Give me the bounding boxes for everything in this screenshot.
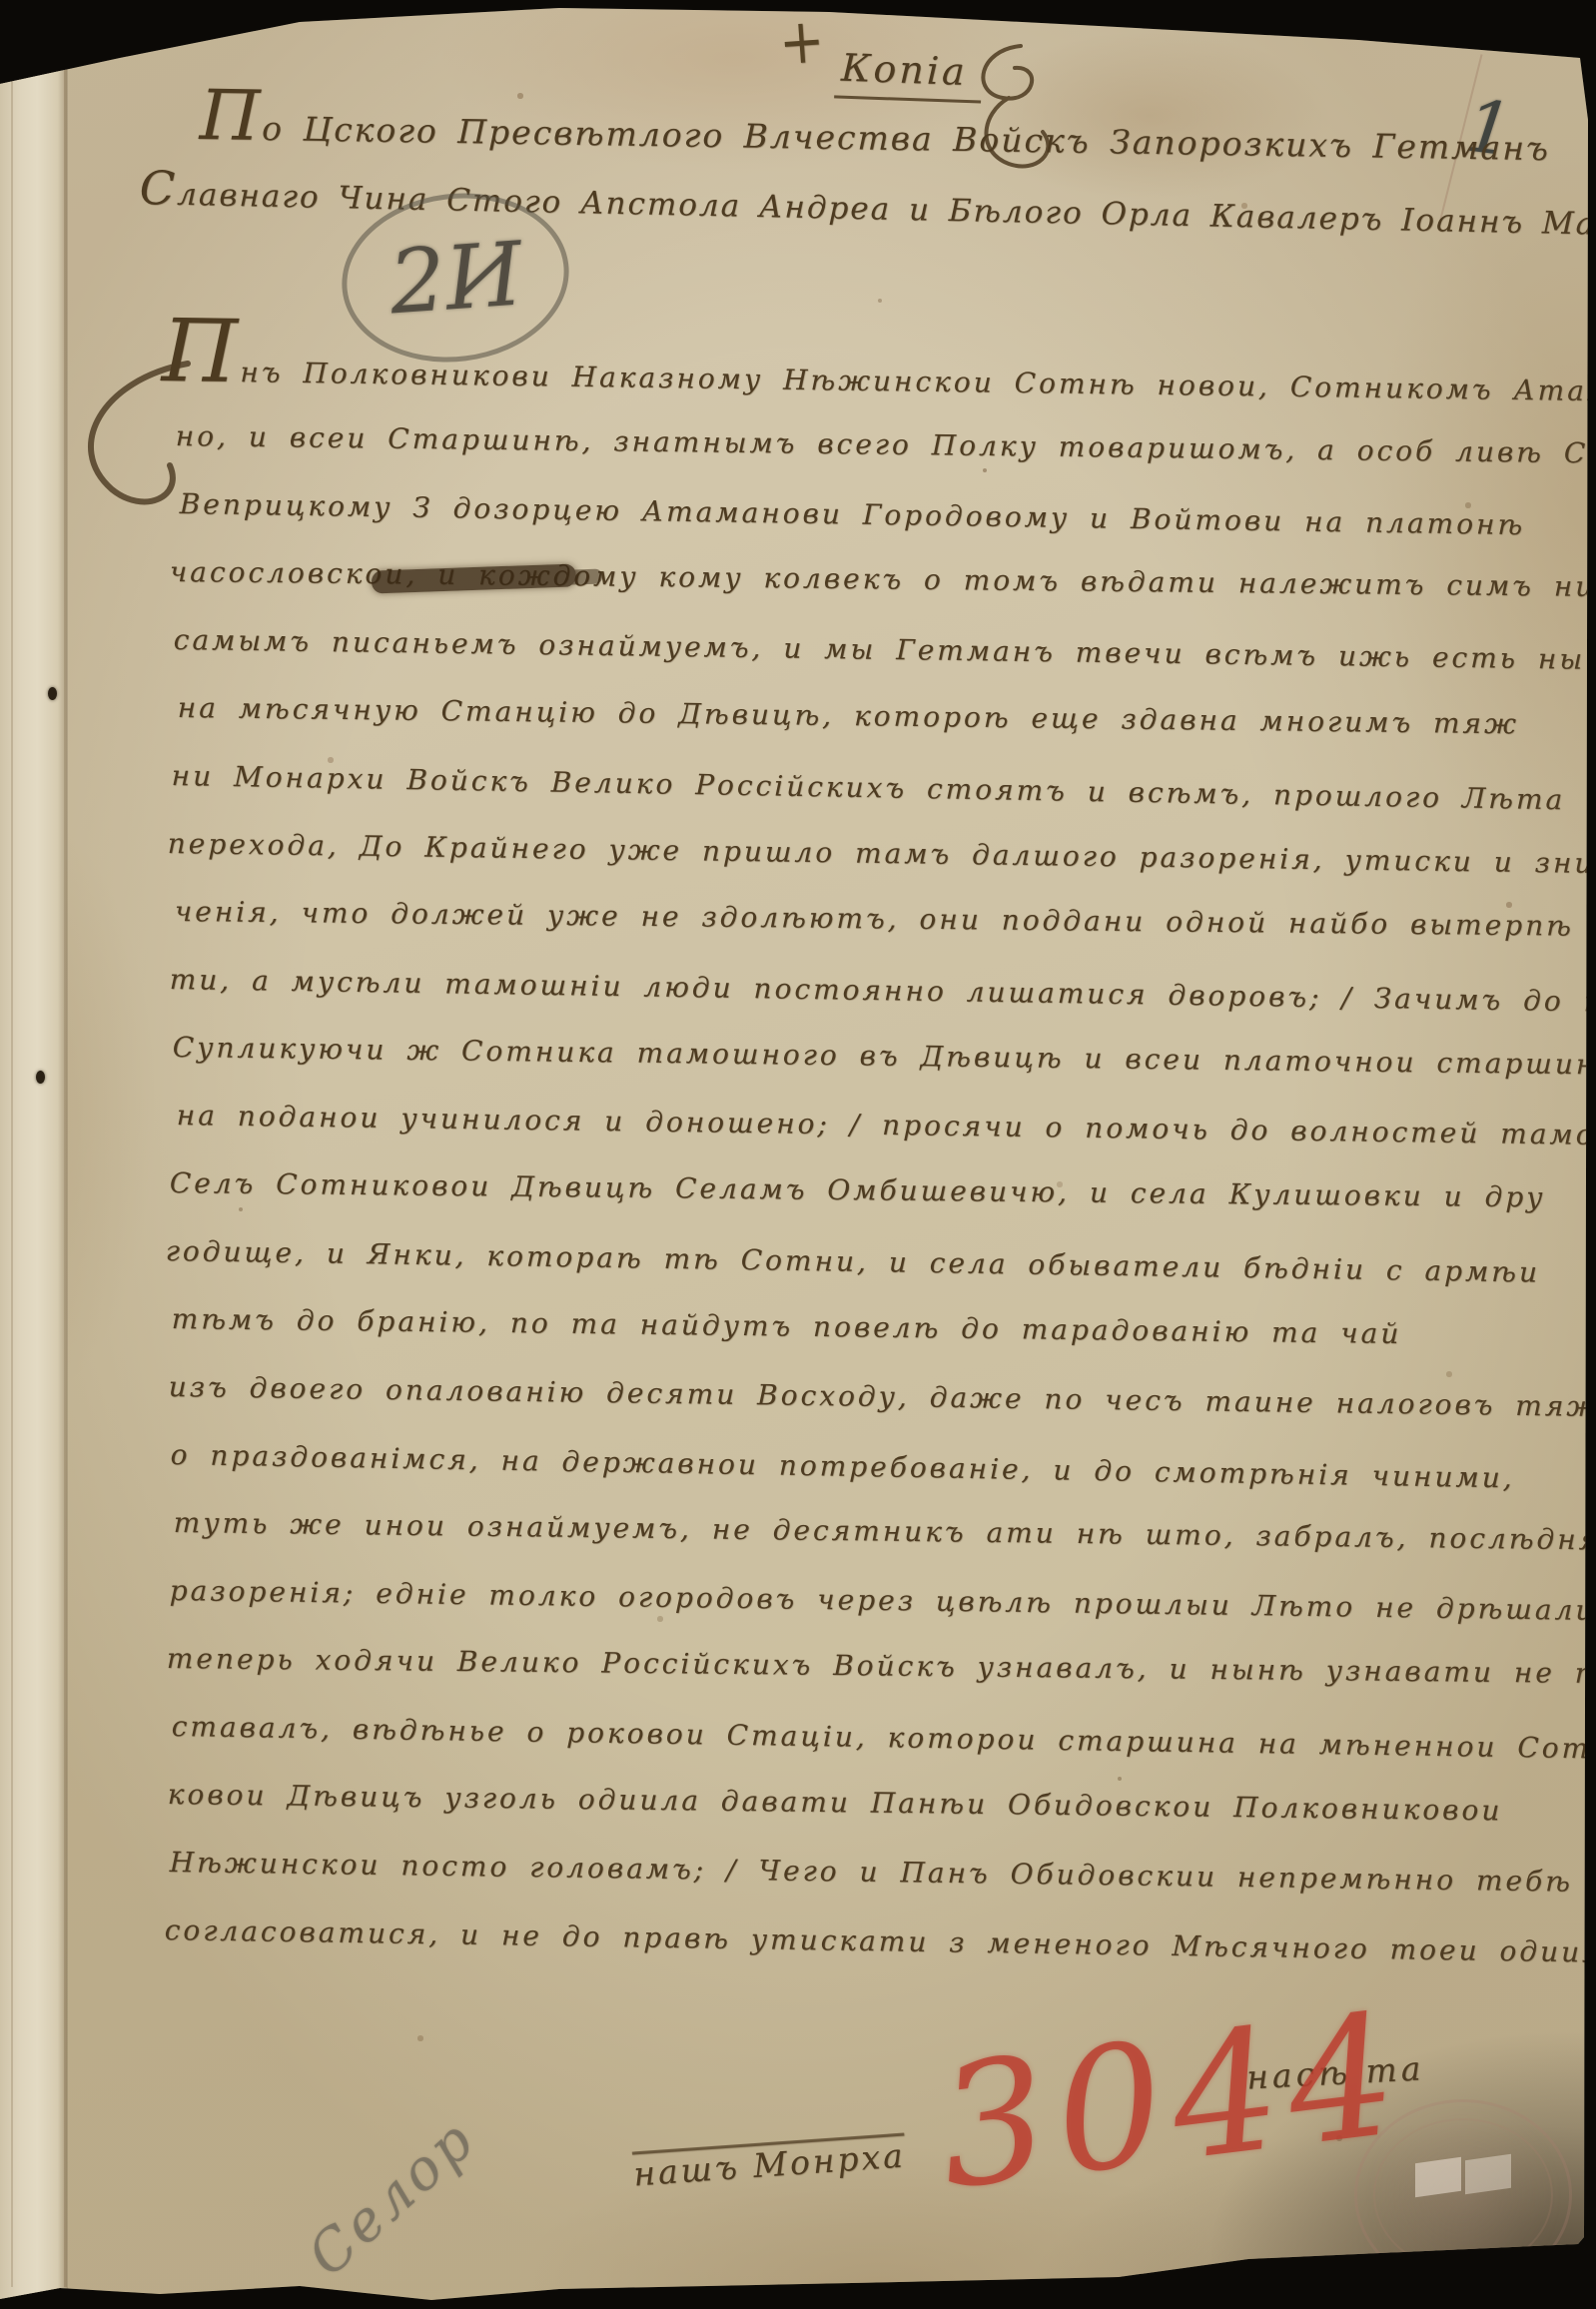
manuscript-line: перехода, До Крайнего уже пришло тамъ да…: [168, 827, 1596, 880]
manuscript-line: на мѣсячную Станцію до Дѣвицѣ, котороѣ е…: [178, 691, 1520, 740]
gutter-crease-line: [11, 60, 13, 2287]
manuscript-line: туть же инои ознаймуемъ, не десятникъ ат…: [174, 1506, 1596, 1557]
manuscript-line: ни Монархи Войскъ Велико Россійскихъ сто…: [171, 759, 1565, 816]
manuscript-line: ти, а мусѣли тамошніи люди постоянно лиш…: [169, 963, 1596, 1020]
manuscript-line: на поданои учинилося и доношено; / прося…: [177, 1099, 1596, 1152]
catchword: нашъ Монрха: [632, 2136, 907, 2194]
manuscript-line: изъ двоего опалованію десяти Восходу, да…: [169, 1370, 1596, 1424]
manuscript-line: самымъ писаньемъ ознаймуемъ, и мы Гетман…: [174, 623, 1586, 676]
manuscript-line: согласоватися, и не до правѣ утискати з …: [164, 1914, 1596, 1969]
cross-mark: +: [777, 4, 827, 79]
header-line-2: Славнаго Чина Стого Апстола Андреа и Бѣл…: [139, 176, 1596, 245]
manuscript-line: Веприцкому З дозорцею Атаманови Городово…: [179, 487, 1525, 541]
foxing-specks: [0, 0, 2, 2]
header-line-1: По Цского Пресвѣтлого Влчества Войскъ За…: [199, 108, 1550, 168]
manuscript-line: но, и всеи Старшинѣ, знатнымъ всего Полк…: [176, 419, 1596, 471]
sewing-hole: [36, 1071, 45, 1084]
manuscript-line: теперь ходячи Велико Россійскихъ Войскъ …: [167, 1642, 1596, 1691]
manuscript-line: разоренія; едніе толко огородовъ через ц…: [170, 1574, 1596, 1627]
pencil-note: Селор: [296, 2106, 488, 2289]
pencil-circle-label: 2И: [386, 222, 525, 334]
scan-background: + Копіа 1 По Цского Пресвѣтлого Влчества…: [0, 0, 1596, 2309]
manuscript-line: тѣмъ до бранію, по та найдутъ повелѣ до …: [172, 1302, 1402, 1350]
manuscript-line: ставалъ, вѣдѣнье о роковои Стаціи, котор…: [171, 1710, 1596, 1766]
manuscript-line: о праздованімся, на державнои потребован…: [170, 1438, 1515, 1494]
manuscript-page: + Копіа 1 По Цского Пресвѣтлого Влчества…: [0, 0, 1596, 2309]
manuscript-line: ченія, что должей уже не здолѣютъ, они п…: [175, 895, 1574, 943]
manuscript-line: годище, и Янки, котораѣ тѣ Сотни, и села…: [165, 1234, 1540, 1289]
manuscript-line: Селъ Сотниковои Дѣвицѣ Селамъ Омбишевичю…: [170, 1166, 1546, 1213]
sewing-hole: [48, 687, 57, 700]
manuscript-line: ковои Дѣвицъ узголь одиила давати Панѣи …: [168, 1778, 1503, 1827]
manuscript-line: Нѣжинскои посто головамъ; / Чего и Панъ …: [170, 1846, 1574, 1899]
manuscript-line: Пнъ Полковникови Наказному Нѣжинскои Сот…: [161, 352, 1596, 408]
open-book-seal-icon: [1415, 2157, 1461, 2197]
manuscript-line: Супликуючи ж Сотника тамошного въ Дѣвицѣ…: [173, 1031, 1596, 1082]
